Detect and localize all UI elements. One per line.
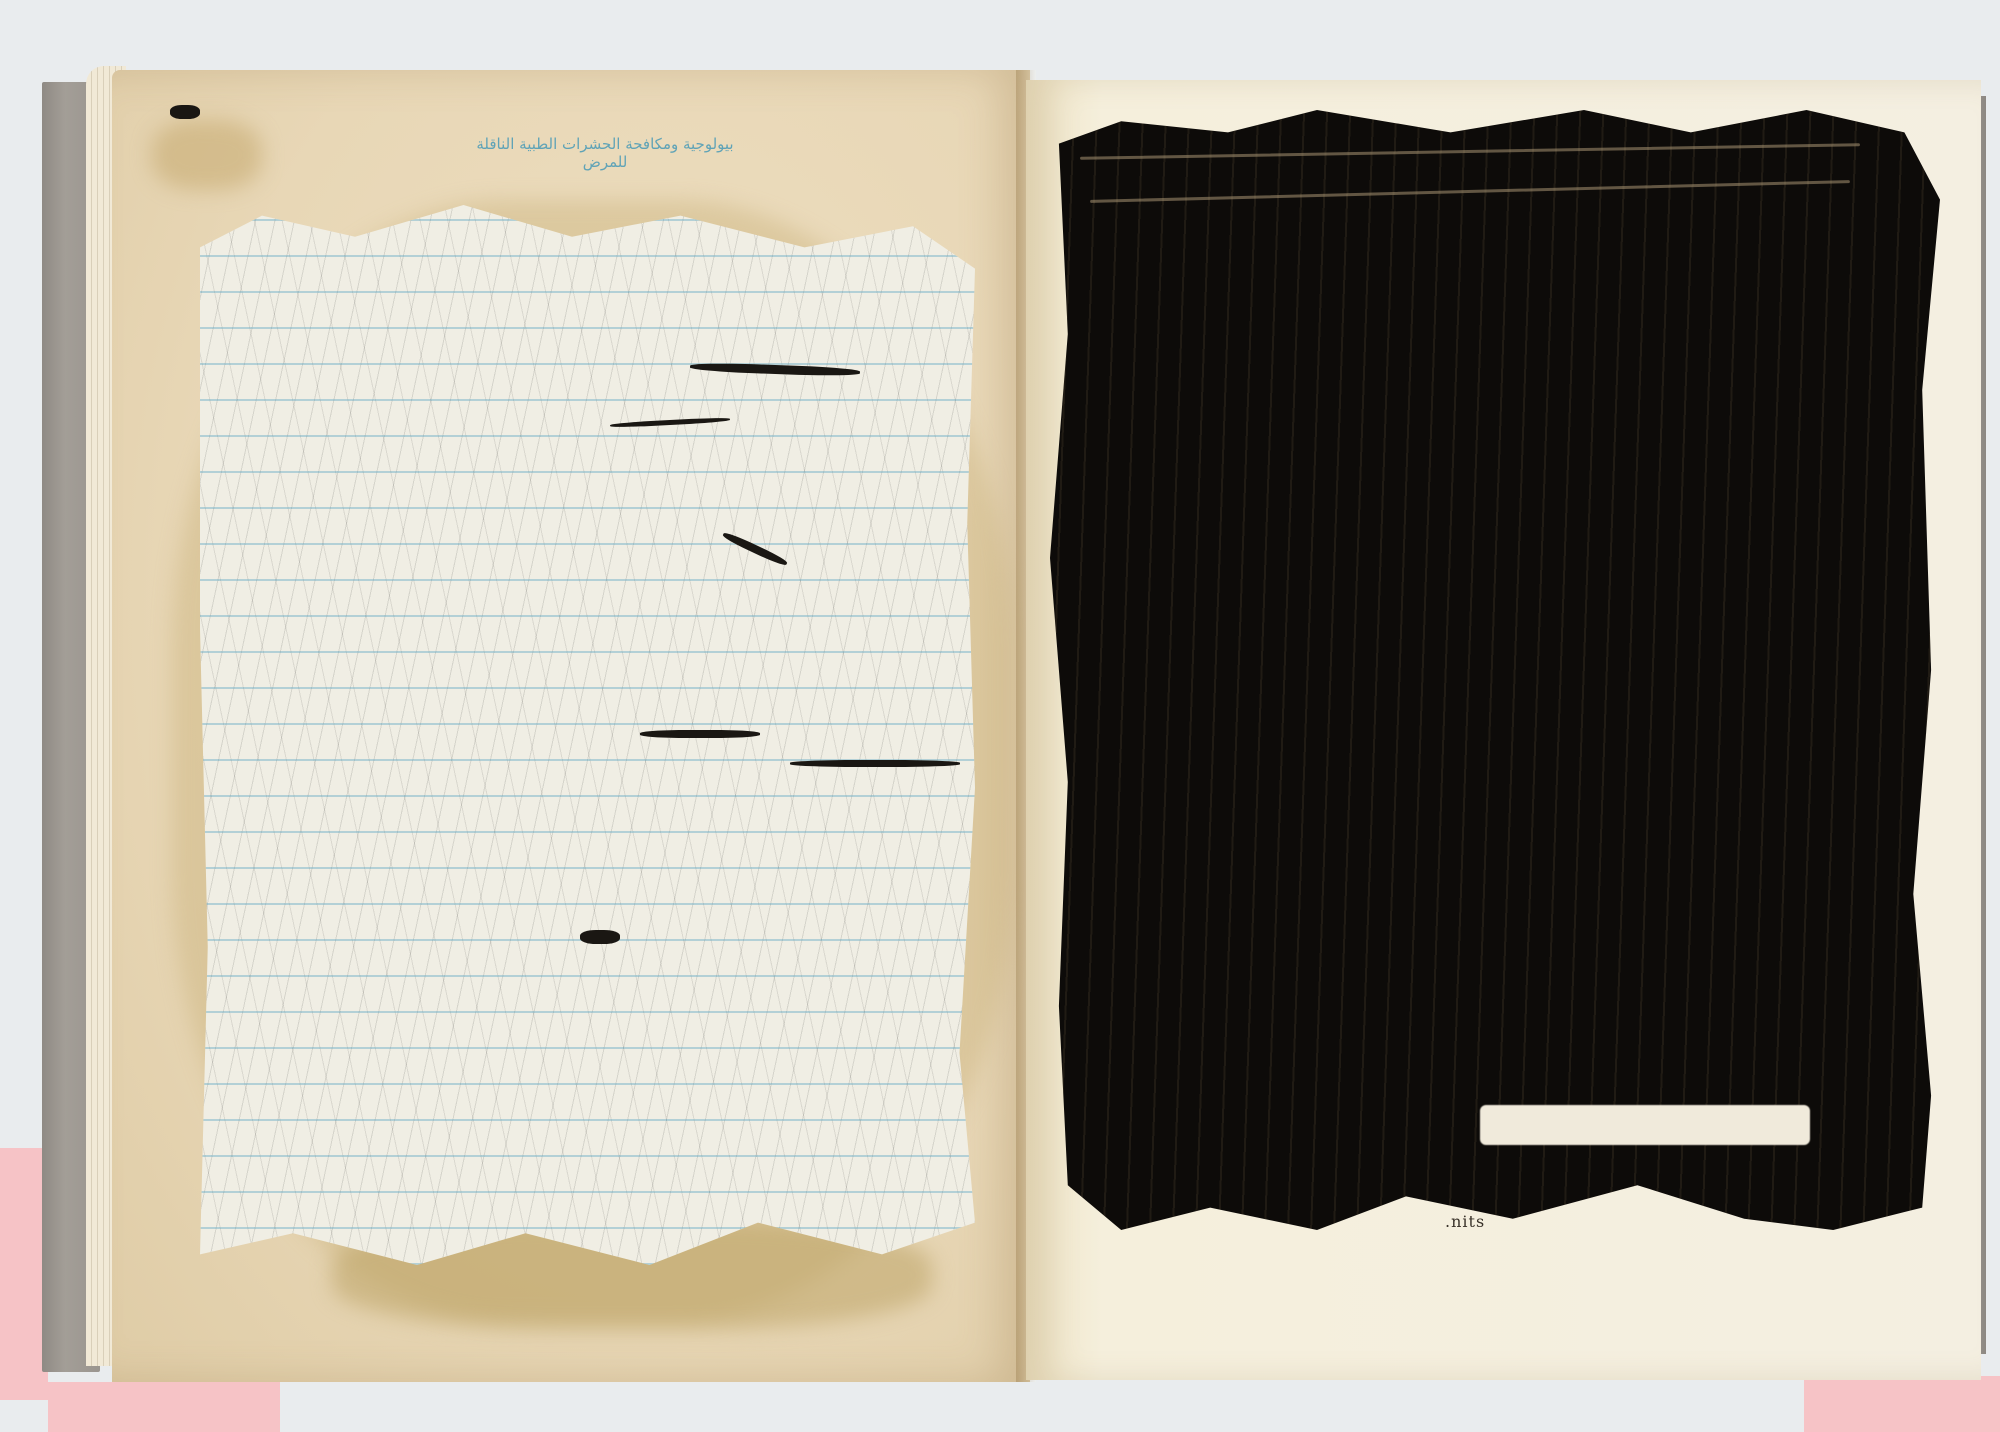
white-paint-area (200, 205, 975, 1265)
running-header: بيولوجية ومكافحة الحشرات الطبية الناقلة … (470, 135, 740, 171)
ink-mark (170, 105, 200, 119)
sticky-note-bottom-left (48, 1382, 280, 1432)
sticky-note-left-edge (0, 1148, 48, 1400)
black-paint-area (1050, 110, 1940, 1230)
sticky-note-bottom-right (1804, 1376, 2000, 1432)
text-fragment: .nits (1445, 1212, 1485, 1231)
ink-mark (790, 760, 960, 767)
ink-mark (640, 730, 760, 738)
cream-paint-bar (1480, 1105, 1810, 1145)
ink-mark (580, 930, 620, 944)
